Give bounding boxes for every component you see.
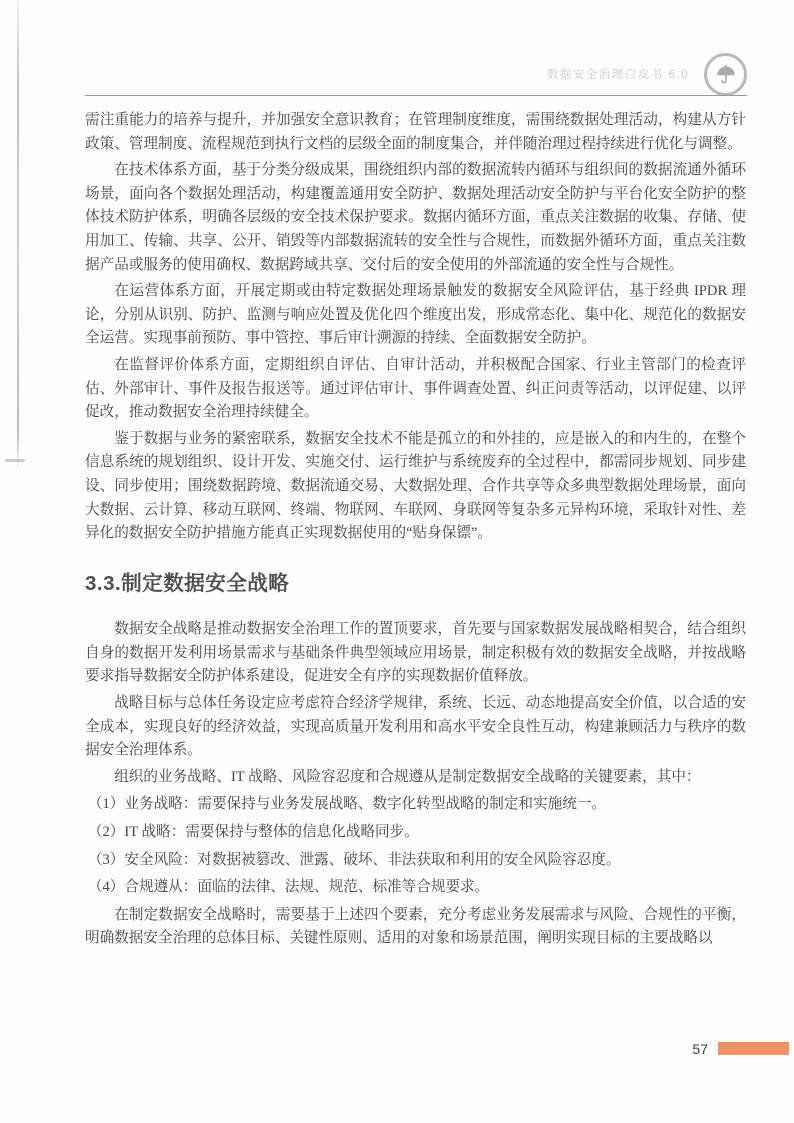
paragraph: 数据安全战略是推动数据安全治理工作的置顶要求，首先要与国家数据发展战略相契合，结… [85, 618, 746, 689]
header-rule [85, 95, 747, 96]
list-item: （2）IT 战略：需要保持与整体的信息化战略同步。 [85, 821, 746, 845]
paragraph: 需注重能力的培养与提升，并加强安全意识教育；在管理制度维度，需围绕数据处理活动，… [85, 109, 746, 156]
footer-accent-bar [718, 1042, 789, 1055]
document-page: 数据安全治理白皮书 6.0 需注重能力的培养与提升，并加强安全意识教育；在管理制… [0, 0, 794, 1123]
umbrella-logo-icon [704, 53, 747, 96]
page-header: 数据安全治理白皮书 6.0 [85, 0, 747, 104]
paragraph: 鉴于数据与业务的紧密联系，数据安全技术不能是孤立的和外挂的，应是嵌入的和内生的，… [85, 428, 746, 546]
paragraph: 在技术体系方面，基于分类分级成果，围绕组织内部的数据流转内循环与组织间的数据流通… [85, 159, 746, 277]
scan-edge-line [17, 0, 19, 468]
list-item: （3）安全风险：对数据被篡改、泄露、破坏、非法获取和利用的安全风险容忍度。 [85, 849, 746, 873]
paragraph: 在制定数据安全战略时，需要基于上述四个要素，充分考虑业务发展需求与风险、合规性的… [85, 904, 746, 951]
list-item: （1）业务战略：需要保持与业务发展战略、数字化转型战略的制定和实施统一。 [85, 793, 746, 817]
document-body: 需注重能力的培养与提升，并加强安全意识教育；在管理制度维度，需围绕数据处理活动，… [85, 106, 746, 954]
page-footer: 57 [0, 1040, 794, 1058]
header-title: 数据安全治理白皮书 6.0 [547, 66, 689, 82]
section-heading: 3.3.制定数据安全战略 [85, 572, 746, 596]
paragraph: 在监督评价体系方面，定期组织自评估、自审计活动，并积极配合国家、行业主管部门的检… [85, 354, 746, 425]
list-item: （4）合规遵从：面临的法律、法规、规范、标准等合规要求。 [85, 876, 746, 900]
paragraph: 在运营体系方面，开展定期或由特定数据处理场景触发的数据安全风险评估，基于经典 I… [85, 280, 746, 351]
paragraph: 战略目标与总体任务设定应考虑符合经济学规律，系统、长远、动态地提高安全价值，以合… [85, 692, 746, 763]
scan-edge-dash [5, 459, 25, 462]
page-number: 57 [692, 1041, 708, 1057]
paragraph: 组织的业务战略、IT 战略、风险容忍度和合规遵从是制定数据安全战略的关键要素，其… [85, 766, 746, 790]
